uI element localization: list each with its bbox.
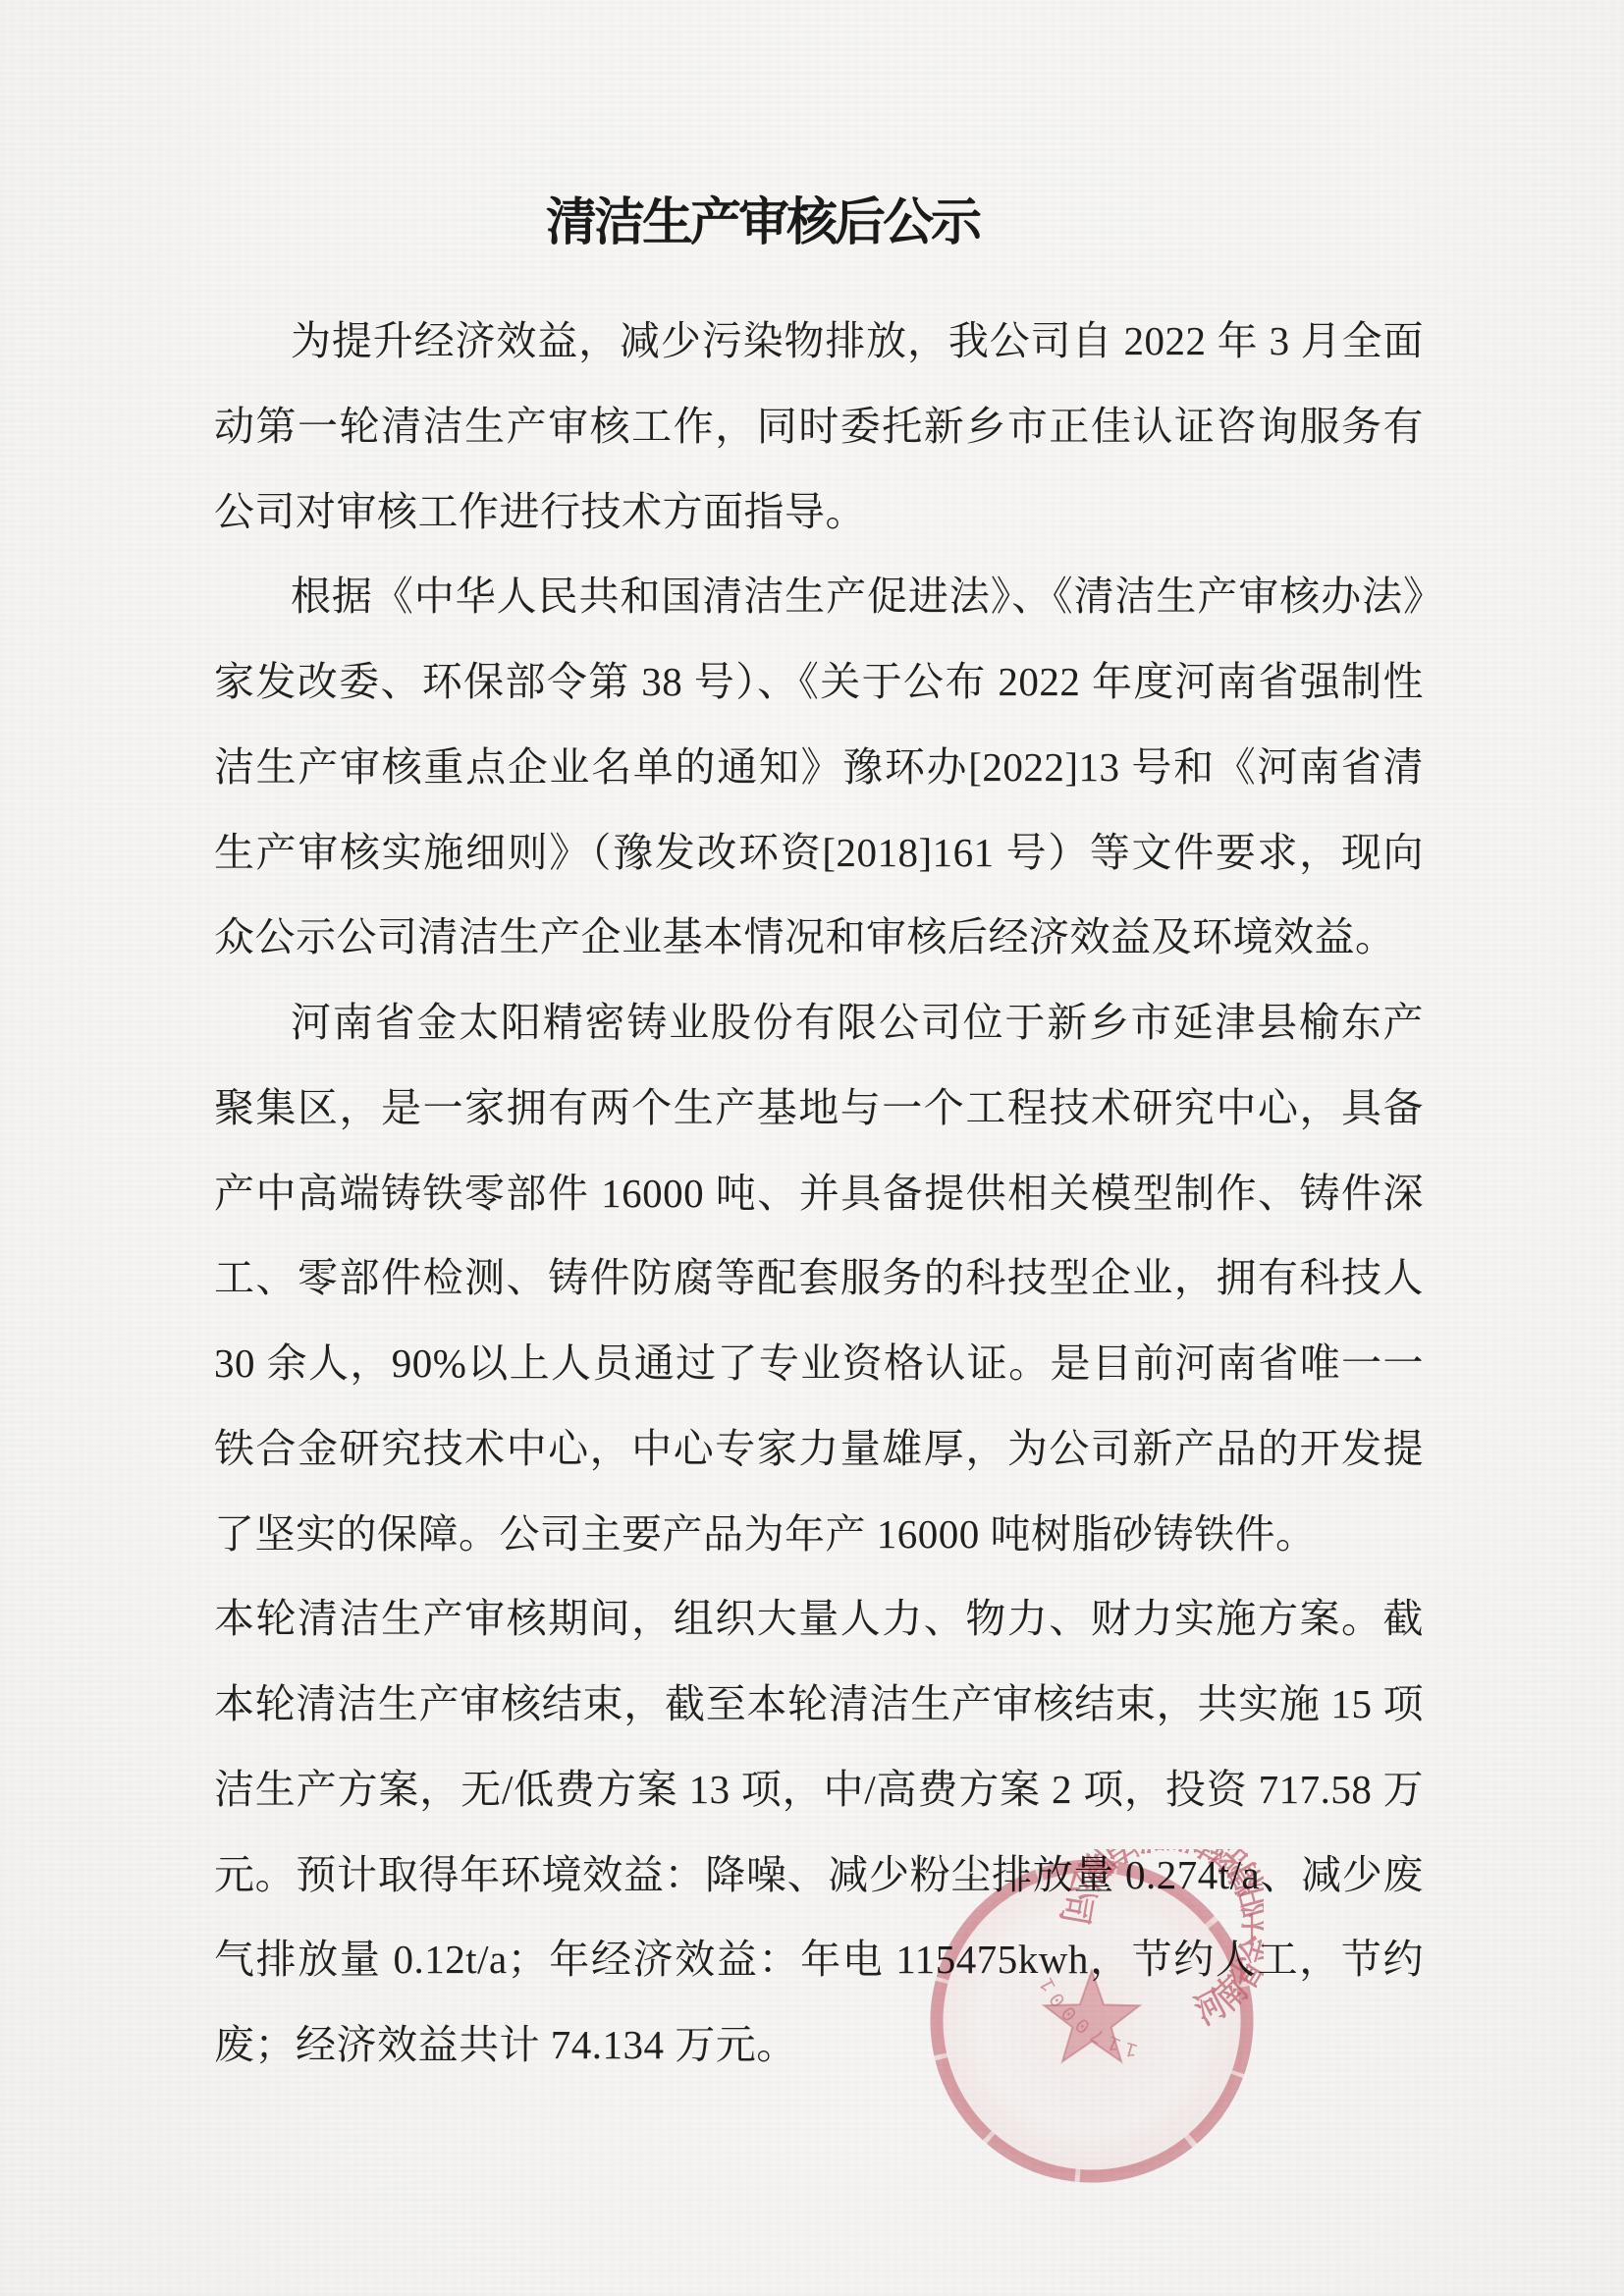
document-page: 清洁生产审核后公示 为提升经济效益，减少污染物排放，我公司自 2022 年 3 … (0, 0, 1624, 2296)
text-line: 生产审核实施细则》（豫发改环资[2018]161 号）等文件要求，现向公 (214, 810, 1424, 896)
page-title: 清洁生产审核后公示 (546, 181, 979, 254)
text-line: 众公示公司清洁生产企业基本情况和审核后经济效益及环境效益。 (214, 895, 1424, 980)
text-line: 根据《中华人民共和国清洁生产促进法》、《清洁生产审核办法》（国 (214, 554, 1424, 639)
text-line: 为提升经济效益，减少污染物排放，我公司自 2022 年 3 月全面启 (214, 299, 1424, 384)
text-line: 铁合金研究技术中心，中心专家力量雄厚，为公司新产品的开发提供 (214, 1406, 1424, 1492)
document-body: 为提升经济效益，减少污染物排放，我公司自 2022 年 3 月全面启动第一轮清洁… (214, 299, 1424, 2088)
text-line: 河南省金太阳精密铸业股份有限公司位于新乡市延津县榆东产业 (214, 980, 1424, 1066)
text-line: 公司对审核工作进行技术方面指导。 (214, 469, 1424, 555)
text-line: 30 余人，90%以上人员通过了专业资格认证。是目前河南省唯一一家铸 (214, 1321, 1424, 1406)
text-line: 洁生产审核重点企业名单的通知》豫环办[2022]13 号和《河南省清洁 (214, 725, 1424, 810)
text-line: 工、零部件检测、铸件防腐等配套服务的科技型企业，拥有科技人才 (214, 1235, 1424, 1321)
seal-rotated-group: 河南省金太阳精密铸业股份有限公司 1170001 (920, 1849, 1264, 2193)
text-line: 了坚实的保障。公司主要产品为年产 16000 吨树脂砂铸铁件。 (214, 1492, 1424, 1577)
text-line: 本轮清洁生产审核结束，截至本轮清洁生产审核结束，共实施 15 项清 (214, 1662, 1424, 1747)
text-line: 产中高端铸铁零部件 16000 吨、并具备提供相关模型制作、铸件深加 (214, 1151, 1424, 1236)
text-line: 聚集区，是一家拥有两个生产基地与一个工程技术研究中心，具备年 (214, 1066, 1424, 1151)
text-line: 洁生产方案，无/低费方案 13 项，中/高费方案 2 项，投资 717.58 万 (214, 1747, 1424, 1832)
text-line: 家发改委、环保部令第 38 号）、《关于公布 2022 年度河南省强制性清 (214, 639, 1424, 725)
company-seal-stamp: 河南省金太阳精密铸业股份有限公司 1170001 (920, 1849, 1264, 2193)
text-line: 动第一轮清洁生产审核工作，同时委托新乡市正佳认证咨询服务有限 (214, 384, 1424, 469)
text-line: 本轮清洁生产审核期间，组织大量人力、物力、财力实施方案。截至 (214, 1576, 1424, 1662)
